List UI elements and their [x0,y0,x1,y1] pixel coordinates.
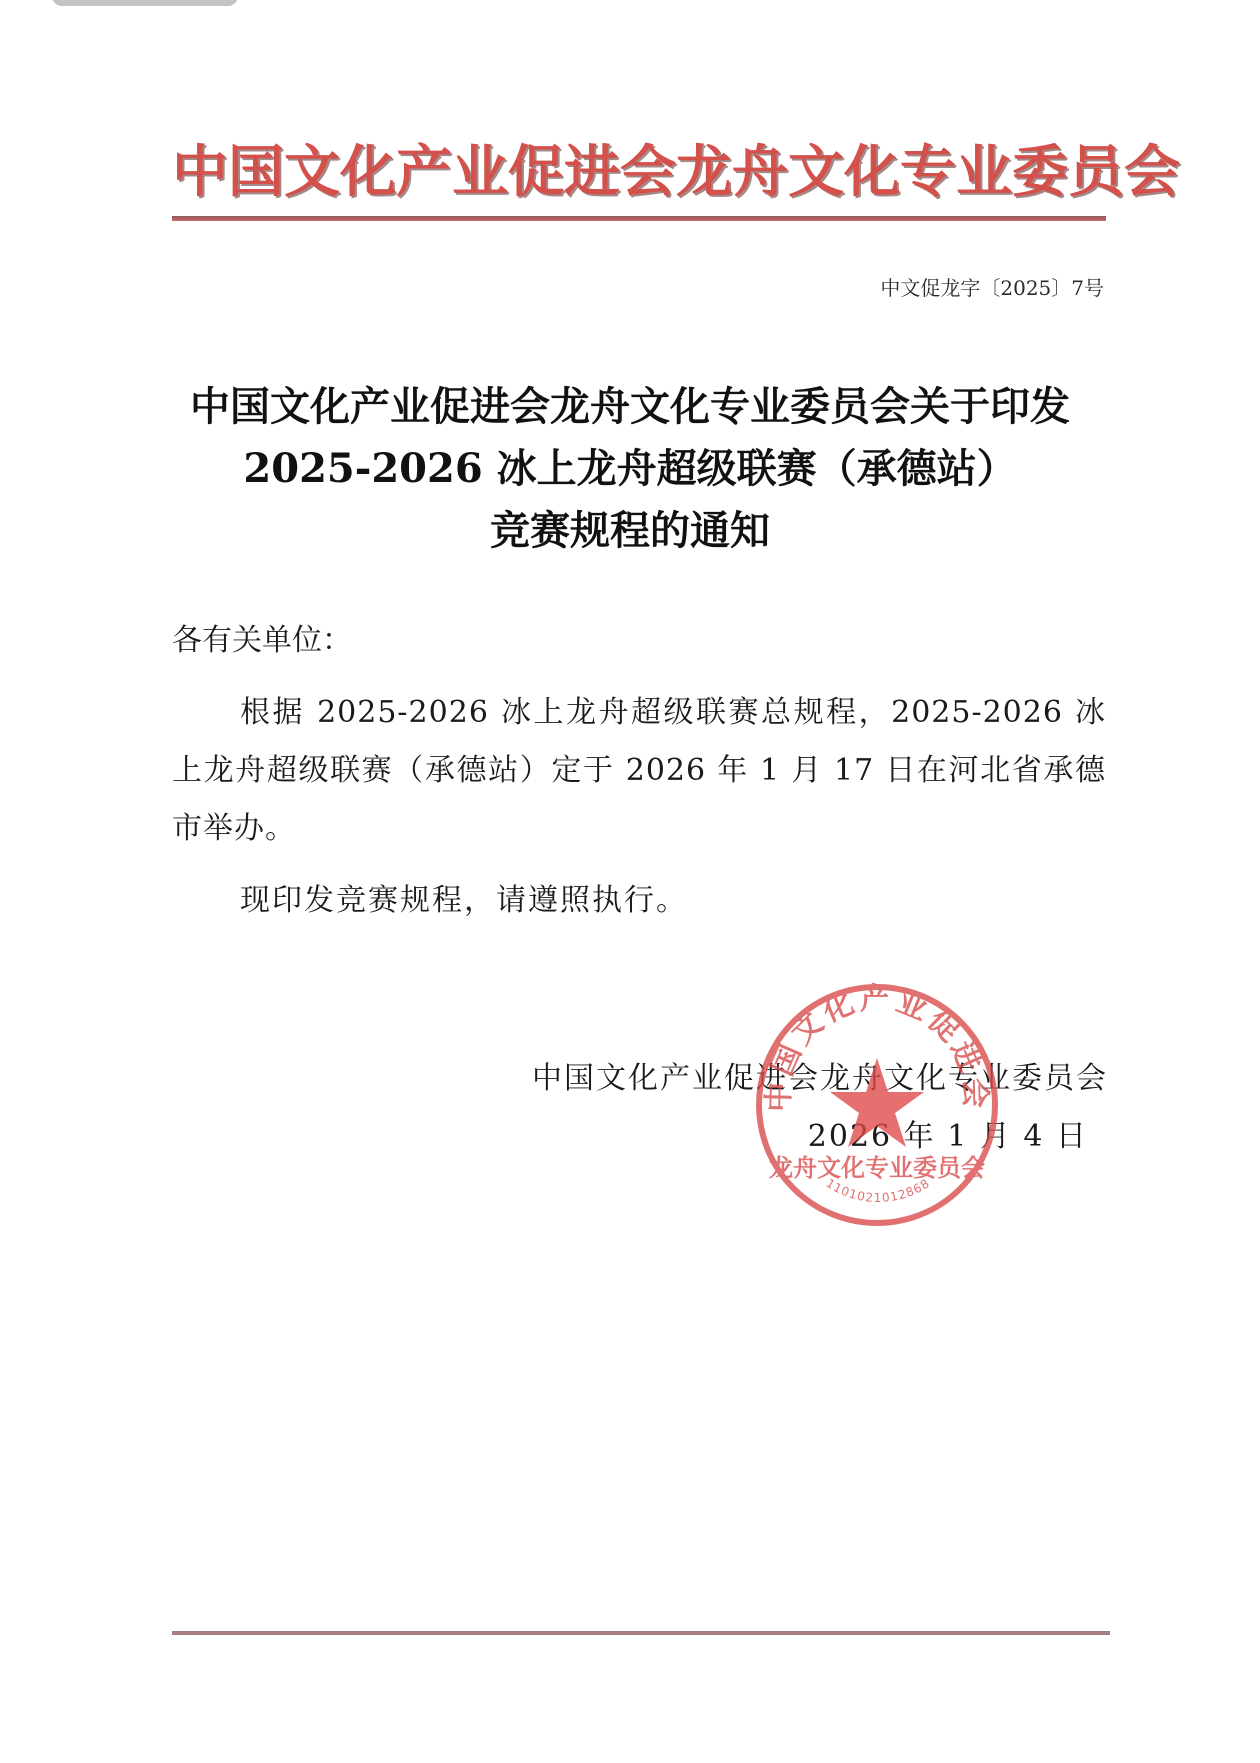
salutation: 各有关单位： [172,612,1106,670]
title-line-1: 中国文化产业促进会龙舟文化专业委员会关于印发 [150,376,1110,438]
paragraph-2: 现印发竞赛规程，请遵照执行。 [172,872,1106,930]
star-icon [830,1058,924,1147]
letterhead-divider [172,216,1106,221]
footer-divider [172,1631,1110,1635]
paragraph-1: 根据 2025-2026 冰上龙舟超级联赛总规程，2025-2026 冰上龙舟超… [172,684,1106,858]
seal-bottom-text: 龙舟文化专业委员会 [769,1154,985,1182]
document-body: 各有关单位： 根据 2025-2026 冰上龙舟超级联赛总规程，2025-202… [172,612,1106,930]
document-title: 中国文化产业促进会龙舟文化专业委员会关于印发 2025-2026 冰上龙舟超级联… [150,376,1110,562]
title-line-3: 竞赛规程的通知 [150,500,1110,562]
title-line-2: 2025-2026 冰上龙舟超级联赛（承德站） [150,438,1110,500]
top-handle-bar [52,0,238,6]
letterhead-title: 中国文化产业促进会龙舟文化专业委员会 [172,138,1106,208]
official-seal-stamp: 中国文化产业促进会 龙舟文化专业委员会 1101021012868 [752,980,1002,1230]
document-number: 中文促龙字〔2025〕7号 [880,272,1104,301]
